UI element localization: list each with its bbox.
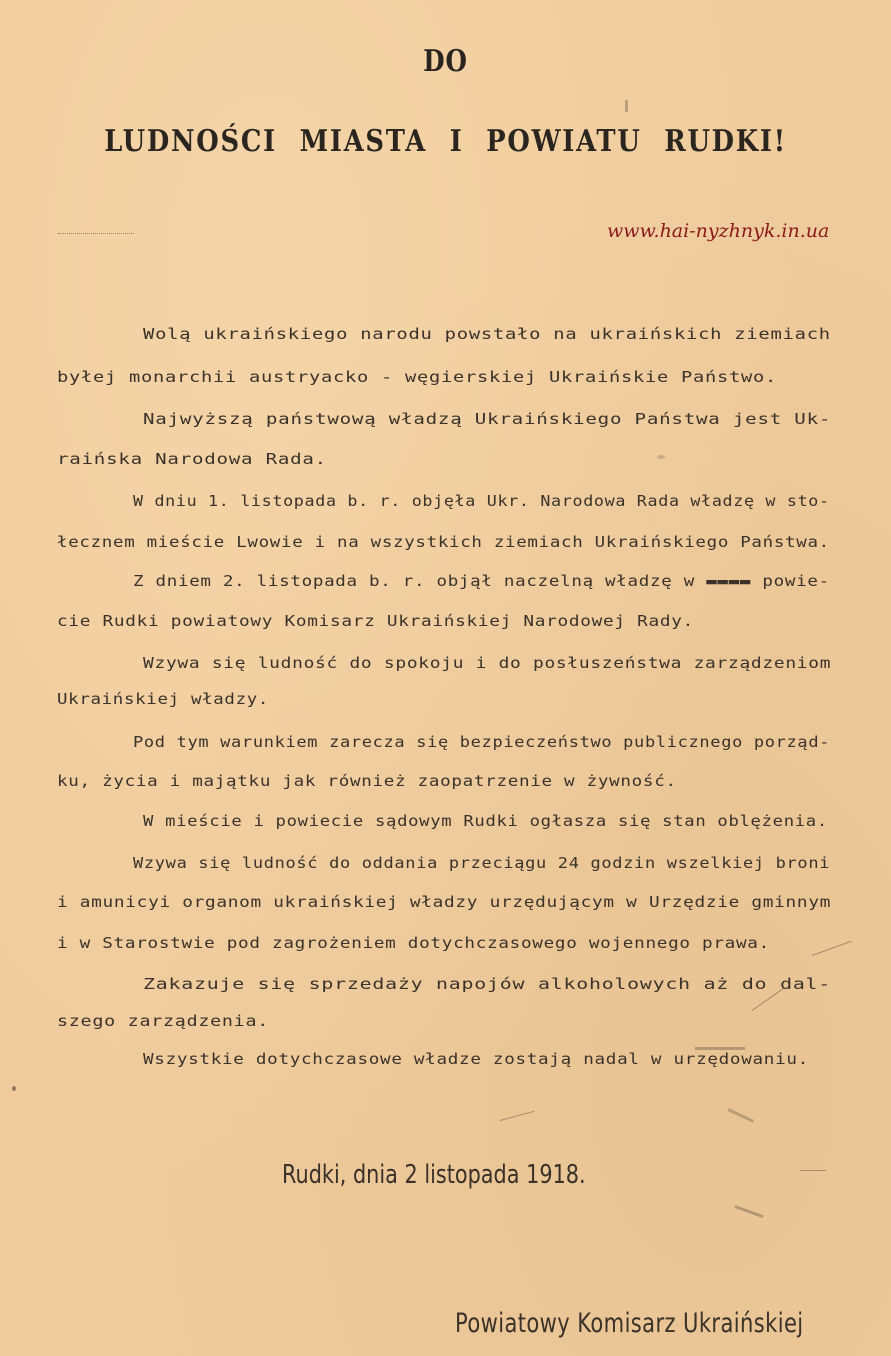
date-line: Rudki, dnia 2 listopada 1918.	[282, 1160, 586, 1190]
pencil-mark	[58, 231, 134, 234]
text-line: łecznem mieście Lwowie i na wszystkich z…	[57, 533, 830, 551]
heading-title: LUDNOŚCI MIASTA I POWIATU RUDKI!	[62, 124, 828, 159]
paper-scratch	[695, 1047, 745, 1050]
text-line: ku, życia i majątku jak również zaopatrz…	[57, 772, 677, 790]
text-line: Wzywa się ludność do oddania przeciągu 2…	[133, 854, 830, 872]
text-line: cie Rudki powiatowy Komisarz Ukraińskiej…	[57, 612, 694, 630]
signature-line: Powiatowy Komisarz Ukraińskiej	[455, 1308, 804, 1339]
watermark-url: www.hai-nyzhnyk.in.ua	[607, 220, 829, 242]
text-line: raińska Narodowa Rada.	[57, 450, 327, 468]
text-line: szego zarządzenia.	[57, 1012, 269, 1030]
text-line: W mieście i powiecie sądowym Rudki ogłas…	[143, 812, 828, 830]
paper-scratch	[800, 1170, 826, 1171]
paper-speck	[12, 1086, 16, 1091]
paper-speck	[625, 100, 628, 112]
text-line: Pod tym warunkiem zarecza się bezpieczeń…	[133, 733, 830, 751]
text-line: Najwyższą państwową władzą Ukraińskiego …	[143, 410, 831, 428]
text-line: i amunicyi organom ukraińskiej władzy ur…	[57, 893, 831, 911]
text-line: W dniu 1. listopada b. r. objęła Ukr. Na…	[133, 492, 830, 510]
paper-background	[0, 0, 891, 1356]
text-line: Wszystkie dotychczasowe władze zostają n…	[143, 1050, 809, 1068]
text-line: Ukraińskiej władzy.	[57, 690, 269, 708]
text-line: Wzywa się ludność do spokoju i do posłus…	[143, 654, 831, 672]
paper-speck	[657, 455, 665, 459]
text-line: Z dniem 2. listopada b. r. objął naczeln…	[133, 572, 830, 590]
text-line: i w Starostwie pod zagrożeniem dotychcza…	[57, 934, 770, 952]
text-line: byłej monarchii austryacko - węgierskiej…	[57, 368, 777, 386]
text-line: Zakazuje się sprzedaży napojów alkoholow…	[143, 975, 831, 993]
heading-do: DO	[80, 44, 811, 79]
text-line: Wolą ukraińskiego narodu powstało na ukr…	[143, 325, 831, 343]
